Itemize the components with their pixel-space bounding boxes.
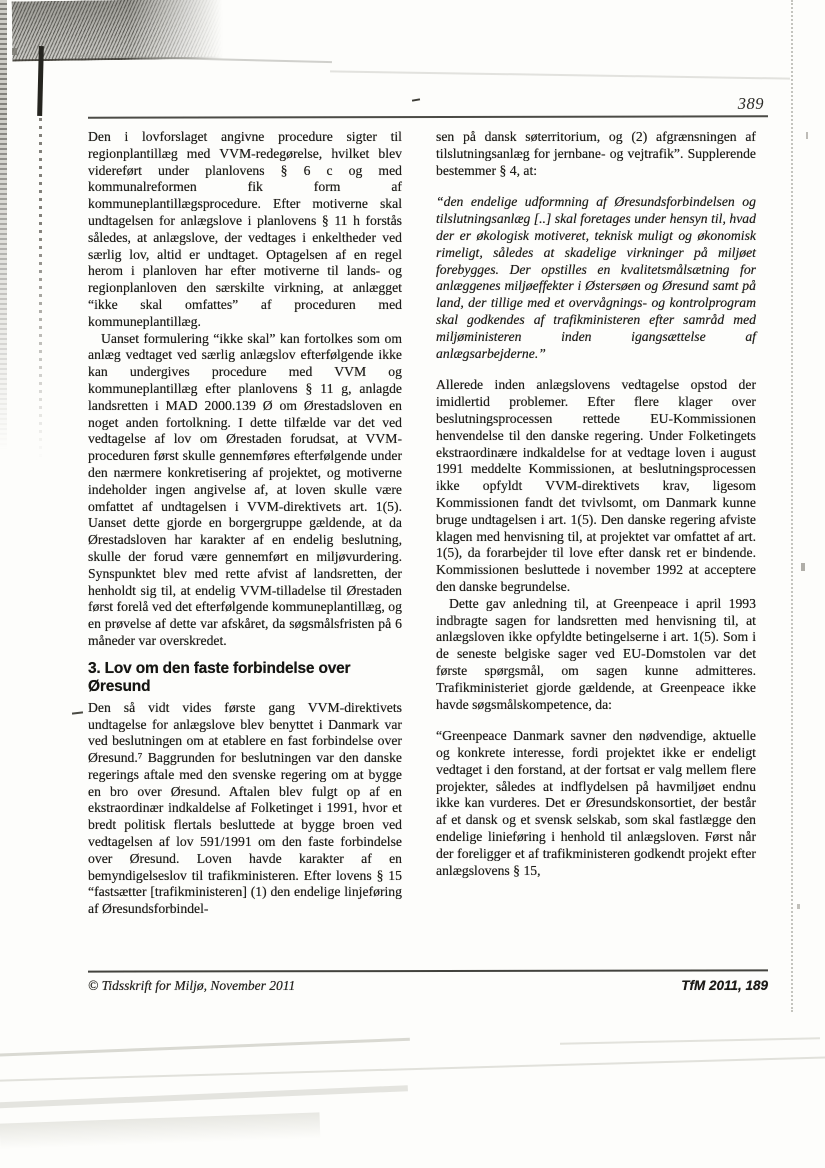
scanned-journal-page: 389 Den i lovforslaget angivne procedure… xyxy=(0,0,825,1168)
header-rule xyxy=(88,115,768,118)
scan-page-edge-line xyxy=(330,70,790,79)
citation-reference: TfM 2011, 189 xyxy=(681,978,768,994)
body-paragraph: Allerede inden anlægslovens vedtagelse o… xyxy=(436,377,756,595)
margin-tick-mark xyxy=(72,711,83,714)
scan-bottom-streak xyxy=(560,1037,820,1044)
column-left: Den i lovforslaget angivne procedure sig… xyxy=(88,129,402,918)
scan-corner-artifact xyxy=(12,0,228,61)
pencil-mark xyxy=(801,563,805,571)
page-number: 389 xyxy=(88,94,768,114)
scan-dotted-edge xyxy=(791,0,793,1012)
scan-speck xyxy=(12,48,17,55)
scan-bottom-streak xyxy=(0,1038,410,1058)
body-paragraph: Dette gav anledning til, at Greenpeace i… xyxy=(436,596,756,714)
scan-bottom-streak xyxy=(0,1056,825,1082)
page-content: 389 Den i lovforslaget angivne procedure… xyxy=(88,94,768,918)
journal-imprint: © Tidsskrift for Miljø, November 2011 xyxy=(88,978,295,994)
scan-binding-dots xyxy=(39,118,42,478)
block-quote: “Greenpeace Danmark savner den nødvendig… xyxy=(436,728,756,879)
block-quote: “den endelige udformning af Øresundsforb… xyxy=(436,194,756,362)
page-footer: © Tidsskrift for Miljø, November 2011 Tf… xyxy=(88,970,768,994)
scan-bottom-streak xyxy=(0,1112,320,1149)
text-columns: Den i lovforslaget angivne procedure sig… xyxy=(88,129,768,918)
column-right: sen på dansk søterritorium, og (2) afgræ… xyxy=(436,129,756,918)
pencil-mark xyxy=(797,904,800,909)
scan-binding-mark xyxy=(37,46,44,116)
body-paragraph: Den i lovforslaget angivne procedure sig… xyxy=(88,129,402,331)
scan-edge-strip xyxy=(0,0,7,470)
pencil-mark xyxy=(806,132,808,139)
body-paragraph: Uanset formulering “ikke skal” kan forto… xyxy=(88,331,402,650)
scan-page-edge-line xyxy=(72,55,332,63)
footer-rule xyxy=(88,969,768,972)
scan-bottom-streak xyxy=(0,1085,408,1109)
body-paragraph: sen på dansk søterritorium, og (2) afgræ… xyxy=(436,129,756,179)
section-heading: 3. Lov om den faste forbindelse over Øre… xyxy=(88,660,402,696)
body-paragraph: Den så vidt vides første gang VVM-direkt… xyxy=(88,700,402,918)
